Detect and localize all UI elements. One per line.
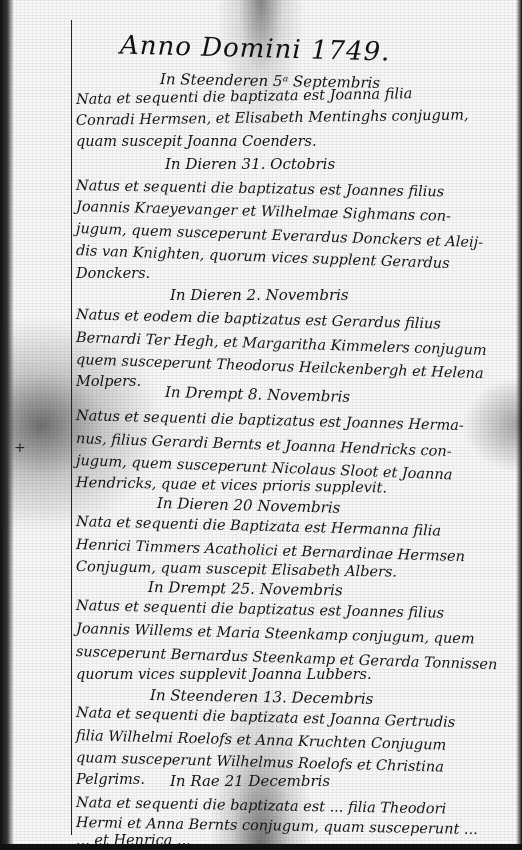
entry-line: Natus et sequenti die baptizatus est Joa… (76, 408, 464, 434)
entry-line: Pelgrims. (76, 772, 145, 788)
margin-mark: + (14, 440, 26, 456)
entry-line: Natus et sequenti die baptizatus est Joa… (76, 178, 444, 200)
entry-line: ... et Henrica ... (76, 833, 191, 849)
entry-line: Conradi Hermsen, et Elisabeth Mentinghs … (76, 108, 469, 129)
entry-heading: In Dieren 20 Novembris (157, 494, 341, 517)
page-title: Anno Domini 1749. (120, 30, 391, 67)
document-page: + Anno Domini 1749. In Steenderen 5ᵃ Sep… (0, 0, 522, 850)
entry-heading: In Rae 21 Decembris (170, 772, 330, 790)
left-binding-shadow (0, 0, 14, 850)
entry-line: Conjugum, quam suscepit Elisabeth Albers… (76, 559, 397, 581)
entry-line: Joannis Kraeyevanger et Wilhelmae Sighma… (76, 199, 451, 225)
entry-line: Natus et eodem die baptizatus est Gerard… (76, 307, 441, 333)
entry-line: Nata et sequenti die Baptizata est Herma… (76, 514, 441, 540)
entry-line: quam suscepit Joanna Coenders. (76, 134, 317, 150)
entry-line: Molpers. (76, 374, 141, 390)
entry-heading: In Drempt 25. Novembris (148, 578, 343, 599)
entry-heading: In Steenderen 13. Decembris (150, 686, 374, 708)
entry-line: Nata et sequenti die baptizata est Joann… (76, 705, 456, 731)
entry-line: Nata et sequenti die baptizata est Joann… (76, 86, 413, 108)
entry-heading: In Dieren 2. Novembris (170, 286, 349, 304)
entry-line: Joannis Willems et Maria Steenkamp conju… (76, 621, 475, 647)
entry-line: Natus et sequenti die baptizatus est Joa… (76, 598, 444, 622)
entry-line: quorum vices supplevit Joanna Lubbers. (76, 667, 372, 683)
entry-heading: In Dieren 31. Octobris (165, 155, 335, 173)
entry-line: Nata et sequenti die baptizata est ... f… (76, 795, 446, 817)
margin-rule-line (71, 20, 72, 835)
entry-line: Donckers. (76, 266, 150, 282)
entry-heading: In Drempt 8. Novembris (165, 383, 351, 406)
entry-line: filia Wilhelmi Roelofs et Anna Kruchten … (76, 728, 447, 754)
right-edge-shadow (516, 0, 522, 850)
